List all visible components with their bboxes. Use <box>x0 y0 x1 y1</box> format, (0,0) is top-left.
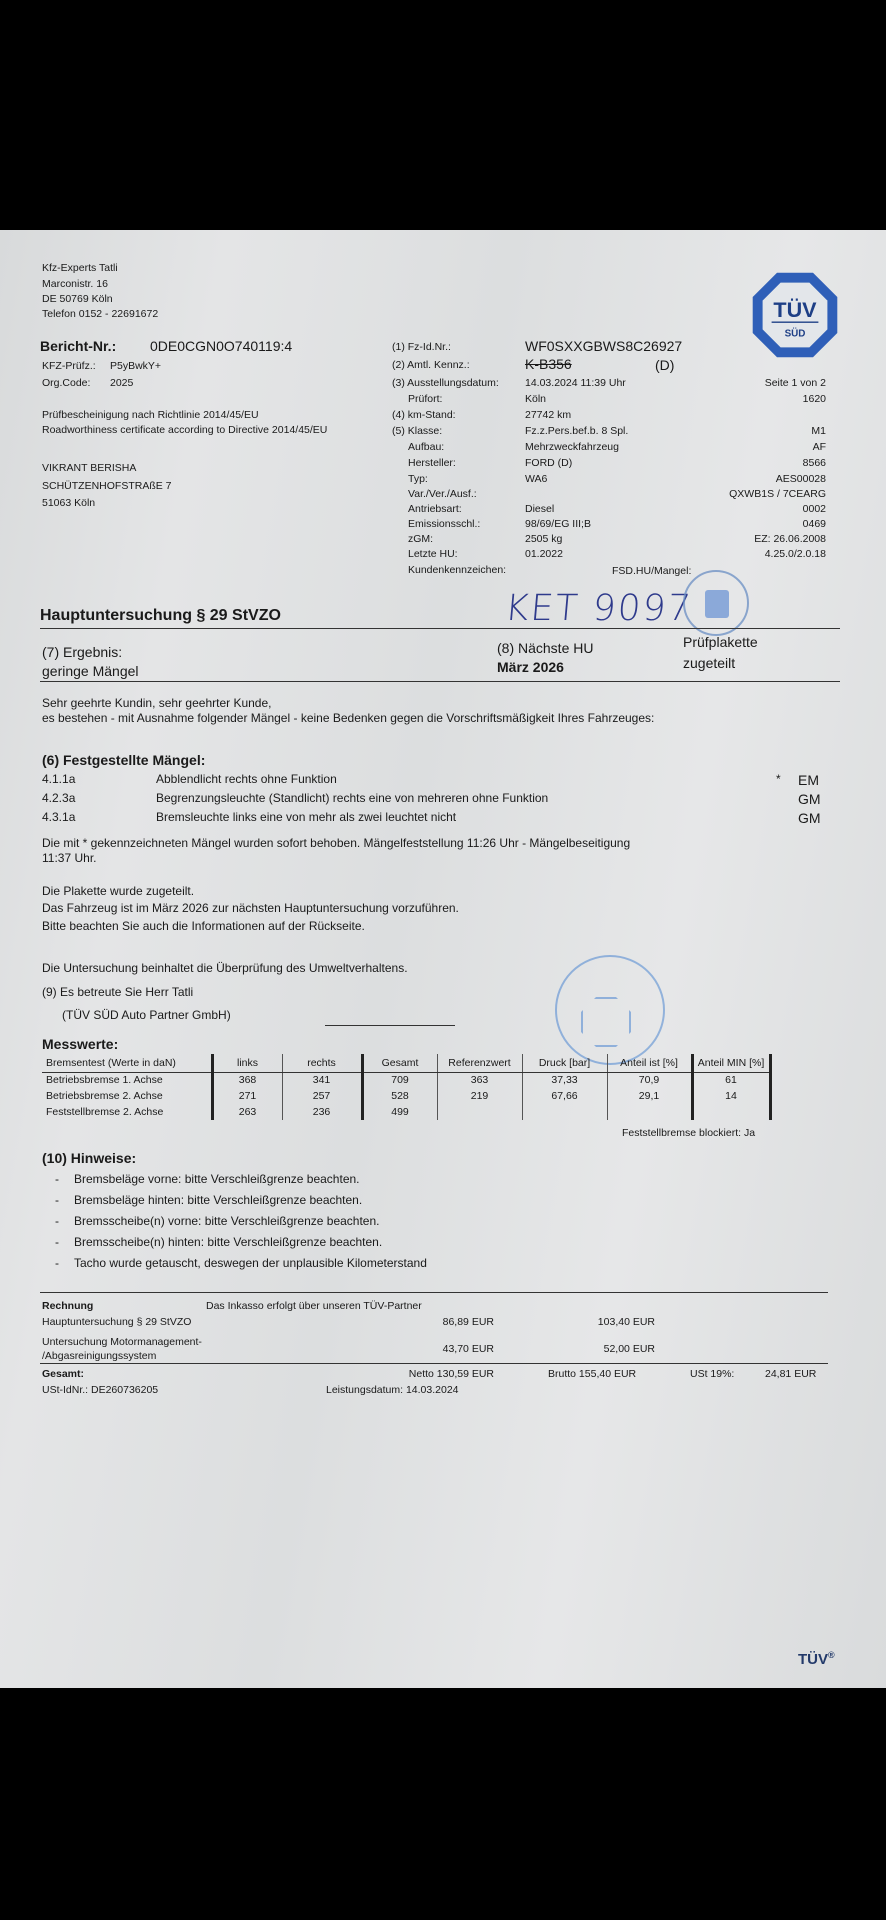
vehicle-field-value: FORD (D) <box>525 457 572 469</box>
hint-bullet: - <box>55 1235 59 1249</box>
defects-title: (6) Festgestellte Mängel: <box>42 752 205 768</box>
brake-table-cell: 709 <box>362 1072 437 1088</box>
hint-bullet: - <box>55 1172 59 1186</box>
vehicle-field-label: Prüfort: <box>408 393 442 405</box>
brake-table-header: Druck [bar] <box>522 1054 607 1072</box>
registration-stamp <box>683 570 749 636</box>
issuer-street: Marconistr. 16 <box>42 278 108 290</box>
hint-item: Bremsscheibe(n) hinten: bitte Verschleiß… <box>74 1235 382 1249</box>
brake-table-cell: Feststellbremse 2. Achse <box>42 1104 212 1120</box>
defect-text: Abblendlicht rechts ohne Funktion <box>156 772 337 786</box>
vehicle-field-value: 98/69/EG III;B <box>525 518 591 530</box>
org-code-value: 2025 <box>110 377 133 389</box>
vehicle-field-extra: (D) <box>655 357 674 373</box>
handwritten-plate: KET 9097 <box>503 588 694 629</box>
brake-table-header: links <box>212 1054 282 1072</box>
invoice-item-label: Hauptuntersuchung § 29 StVZO <box>42 1316 191 1328</box>
vehicle-field-extra: AES00028 <box>776 473 826 485</box>
next-hu-label: (8) Nächste HU <box>497 640 593 656</box>
invoice-item-net: 43,70 EUR <box>390 1343 494 1355</box>
vat-id: USt-IdNr.: DE260736205 <box>42 1384 158 1396</box>
brake-table-cell: Betriebsbremse 1. Achse <box>42 1072 212 1088</box>
vehicle-field-label: Letzte HU: <box>408 548 458 560</box>
report-number-label: Bericht-Nr.: <box>40 338 116 354</box>
plakette-label: Prüfplakette <box>683 634 758 650</box>
brake-table-cell: 271 <box>212 1088 282 1104</box>
hint-bullet: - <box>55 1193 59 1207</box>
table-row: Betriebsbremse 2. Achse27125752821967,66… <box>42 1088 770 1104</box>
brake-table-cell <box>437 1104 522 1120</box>
footer-brand: TÜV <box>798 1651 828 1668</box>
defect-severity: GM <box>798 791 821 807</box>
info-line-2: Das Fahrzeug ist im März 2026 zur nächst… <box>42 901 459 915</box>
vehicle-field-value: Fz.z.Pers.bef.b. 8 Spl. <box>525 425 628 437</box>
service-date: Leistungsdatum: 14.03.2024 <box>326 1384 459 1396</box>
kfz-pruefz-value: P5yBwkY+ <box>110 360 161 372</box>
brake-table-cell: 29,1 <box>607 1088 692 1104</box>
hint-bullet: - <box>55 1214 59 1228</box>
next-hu-value: März 2026 <box>497 659 564 675</box>
brake-table-cell: 67,66 <box>522 1088 607 1104</box>
logo-sub: SÜD <box>785 329 806 340</box>
intro-text: es bestehen - mit Ausnahme folgender Män… <box>42 711 654 725</box>
brake-table-header: rechts <box>282 1054 362 1072</box>
vehicle-field-extra: EZ: 26.06.2008 <box>754 533 826 545</box>
official-stamp-signature <box>555 955 665 1065</box>
footer-reg: ® <box>828 1650 835 1660</box>
brake-table-header: Anteil MIN [%] <box>692 1054 770 1072</box>
vehicle-field-label: Hersteller: <box>408 457 456 469</box>
customer-name: VIKRANT BERISHA <box>42 462 136 474</box>
invoice-net-total: Netto 130,59 EUR <box>390 1368 494 1380</box>
inspection-title: Hauptuntersuchung § 29 StVZO <box>40 607 281 625</box>
brake-table-cell: 528 <box>362 1088 437 1104</box>
info-line-4: Die Untersuchung beinhaltet die Überprüf… <box>42 961 408 975</box>
result-value: geringe Mängel <box>42 663 139 679</box>
kfz-pruefz-label: KFZ-Prüfz.: <box>42 360 96 372</box>
greeting: Sehr geehrte Kundin, sehr geehrter Kunde… <box>42 696 272 710</box>
logo-brand: TÜV <box>773 297 817 322</box>
invoice-title: Rechnung <box>42 1300 93 1312</box>
issuer-name: Kfz-Experts Tatli <box>42 262 118 274</box>
brake-table-cell <box>522 1104 607 1120</box>
vehicle-field-label: Kundenkennzeichen: <box>408 564 506 576</box>
brake-test-table: Bremsentest (Werte in daN)linksrechtsGes… <box>42 1054 772 1120</box>
brake-table-cell <box>692 1104 770 1120</box>
defect-severity: EM <box>798 772 819 788</box>
brake-table-cell: 341 <box>282 1072 362 1088</box>
hint-item: Bremsbeläge hinten: bitte Verschleißgren… <box>74 1193 362 1207</box>
info-line-1: Die Plakette wurde zugeteilt. <box>42 884 194 898</box>
invoice-vat-label: USt 19%: <box>690 1368 734 1380</box>
vehicle-field-label: Emissionsschl.: <box>408 518 480 530</box>
tuv-sud-logo: TÜV SÜD <box>750 270 840 360</box>
hints-title: (10) Hinweise: <box>42 1150 136 1166</box>
brake-table-cell: 363 <box>437 1072 522 1088</box>
invoice-gross-total: Brutto 155,40 EUR <box>548 1368 636 1380</box>
brake-table-header: Anteil ist [%] <box>607 1054 692 1072</box>
vehicle-field-label: (3) Ausstellungsdatum: <box>392 377 499 389</box>
invoice-note: Das Inkasso erfolgt über unseren TÜV-Par… <box>206 1300 422 1312</box>
vehicle-field-value: K-B356 <box>525 356 572 372</box>
invoice-item-label-2: /Abgasreinigungssystem <box>42 1350 156 1362</box>
invoice-item-gross: 103,40 EUR <box>555 1316 655 1328</box>
invoice-item-gross: 52,00 EUR <box>555 1343 655 1355</box>
brake-table-cell: 499 <box>362 1104 437 1120</box>
footer-tuv-mark: TÜV® <box>798 1650 835 1668</box>
fsd-label: FSD.HU/Mangel: <box>612 565 691 577</box>
examiner-company: (TÜV SÜD Auto Partner GmbH) <box>62 1008 231 1022</box>
defect-code: 4.2.3a <box>42 791 75 805</box>
defect-fixed-mark: * <box>776 772 781 786</box>
vehicle-field-label: Var./Ver./Ausf.: <box>408 488 477 500</box>
invoice-item-label: Untersuchung Motormanagement- <box>42 1336 202 1348</box>
customer-street: SCHÜTZENHOFSTRAßE 7 <box>42 480 172 492</box>
vehicle-field-label: (4) km-Stand: <box>392 409 456 421</box>
vehicle-field-extra: QXWB1S / 7CEARG <box>729 488 826 500</box>
customer-city: 51063 Köln <box>42 497 95 509</box>
vehicle-field-value: 01.2022 <box>525 548 563 560</box>
measurements-note: Feststellbremse blockiert: Ja <box>622 1127 755 1139</box>
vehicle-field-extra: 0469 <box>803 518 826 530</box>
vehicle-field-value: 2505 kg <box>525 533 562 545</box>
certificate-de: Prüfbescheinigung nach Richtlinie 2014/4… <box>42 409 259 421</box>
invoice-item-net: 86,89 EUR <box>390 1316 494 1328</box>
vehicle-field-label: (1) Fz-Id.Nr.: <box>392 341 451 353</box>
vehicle-field-extra: AF <box>813 441 826 453</box>
brake-table-cell: Betriebsbremse 2. Achse <box>42 1088 212 1104</box>
result-label: (7) Ergebnis: <box>42 644 122 660</box>
brake-table-cell: 37,33 <box>522 1072 607 1088</box>
measurements-title: Messwerte: <box>42 1036 118 1052</box>
brake-table-cell: 14 <box>692 1088 770 1104</box>
brake-table-cell: 219 <box>437 1088 522 1104</box>
info-line-3: Bitte beachten Sie auch die Informatione… <box>42 919 365 933</box>
issuer-phone: Telefon 0152 - 22691672 <box>42 308 158 320</box>
hint-item: Bremsbeläge vorne: bitte Verschleißgrenz… <box>74 1172 360 1186</box>
vehicle-field-extra: M1 <box>811 425 826 437</box>
defect-text: Bremsleuchte links eine von mehr als zwe… <box>156 810 456 824</box>
hint-bullet: - <box>55 1256 59 1270</box>
vehicle-field-label: Aufbau: <box>408 441 444 453</box>
report-number: 0DE0CGN0O740119:4 <box>150 338 292 354</box>
defect-severity: GM <box>798 810 821 826</box>
vehicle-field-value: Diesel <box>525 503 554 515</box>
brake-table-cell: 257 <box>282 1088 362 1104</box>
vehicle-field-extra: 4.25.0/2.0.18 <box>765 548 826 560</box>
vehicle-field-value: WF0SXXGBWS8C26927 <box>525 338 682 354</box>
vehicle-field-value: WA6 <box>525 473 547 485</box>
vehicle-field-extra: 1620 <box>803 393 826 405</box>
vehicle-field-extra: 0002 <box>803 503 826 515</box>
vehicle-field-label: Antriebsart: <box>408 503 462 515</box>
plakette-value: zugeteilt <box>683 655 735 671</box>
vehicle-field-value: 14.03.2024 11:39 Uhr <box>525 377 626 389</box>
brake-table-header: Gesamt <box>362 1054 437 1072</box>
defects-note-2: 11:37 Uhr. <box>42 851 96 865</box>
vehicle-field-label: zGM: <box>408 533 433 545</box>
examiner: (9) Es betreute Sie Herr Tatli <box>42 985 193 999</box>
org-code-label: Org.Code: <box>42 377 90 389</box>
vehicle-field-label: (5) Klasse: <box>392 425 442 437</box>
table-row: Feststellbremse 2. Achse263236499 <box>42 1104 770 1120</box>
brake-table-cell: 263 <box>212 1104 282 1120</box>
defect-code: 4.1.1a <box>42 772 75 786</box>
brake-table-cell <box>607 1104 692 1120</box>
certificate-en: Roadworthiness certificate according to … <box>42 424 327 436</box>
vehicle-field-extra: Seite 1 von 2 <box>765 377 826 389</box>
vehicle-field-value: Mehrzweckfahrzeug <box>525 441 619 453</box>
defect-text: Begrenzungsleuchte (Standlicht) rechts e… <box>156 791 548 805</box>
brake-table-cell: 236 <box>282 1104 362 1120</box>
vehicle-field-label: Typ: <box>408 473 428 485</box>
vehicle-field-label: (2) Amtl. Kennz.: <box>392 359 470 371</box>
defect-code: 4.3.1a <box>42 810 75 824</box>
brake-table-cell: 368 <box>212 1072 282 1088</box>
vehicle-field-value: 27742 km <box>525 409 571 421</box>
vehicle-field-value: Köln <box>525 393 546 405</box>
defects-note-1: Die mit * gekennzeichneten Mängel wurden… <box>42 836 630 850</box>
invoice-total-label: Gesamt: <box>42 1368 84 1380</box>
hint-item: Bremsscheibe(n) vorne: bitte Verschleißg… <box>74 1214 380 1228</box>
brake-table-header: Bremsentest (Werte in daN) <box>42 1054 212 1072</box>
vehicle-field-extra: 8566 <box>803 457 826 469</box>
issuer-city: DE 50769 Köln <box>42 293 113 305</box>
brake-table-header: Referenzwert <box>437 1054 522 1072</box>
table-row: Betriebsbremse 1. Achse36834170936337,33… <box>42 1072 770 1088</box>
brake-table-cell: 70,9 <box>607 1072 692 1088</box>
brake-table-cell: 61 <box>692 1072 770 1088</box>
invoice-vat-value: 24,81 EUR <box>765 1368 816 1380</box>
hint-item: Tacho wurde getauscht, deswegen der unpl… <box>74 1256 427 1270</box>
